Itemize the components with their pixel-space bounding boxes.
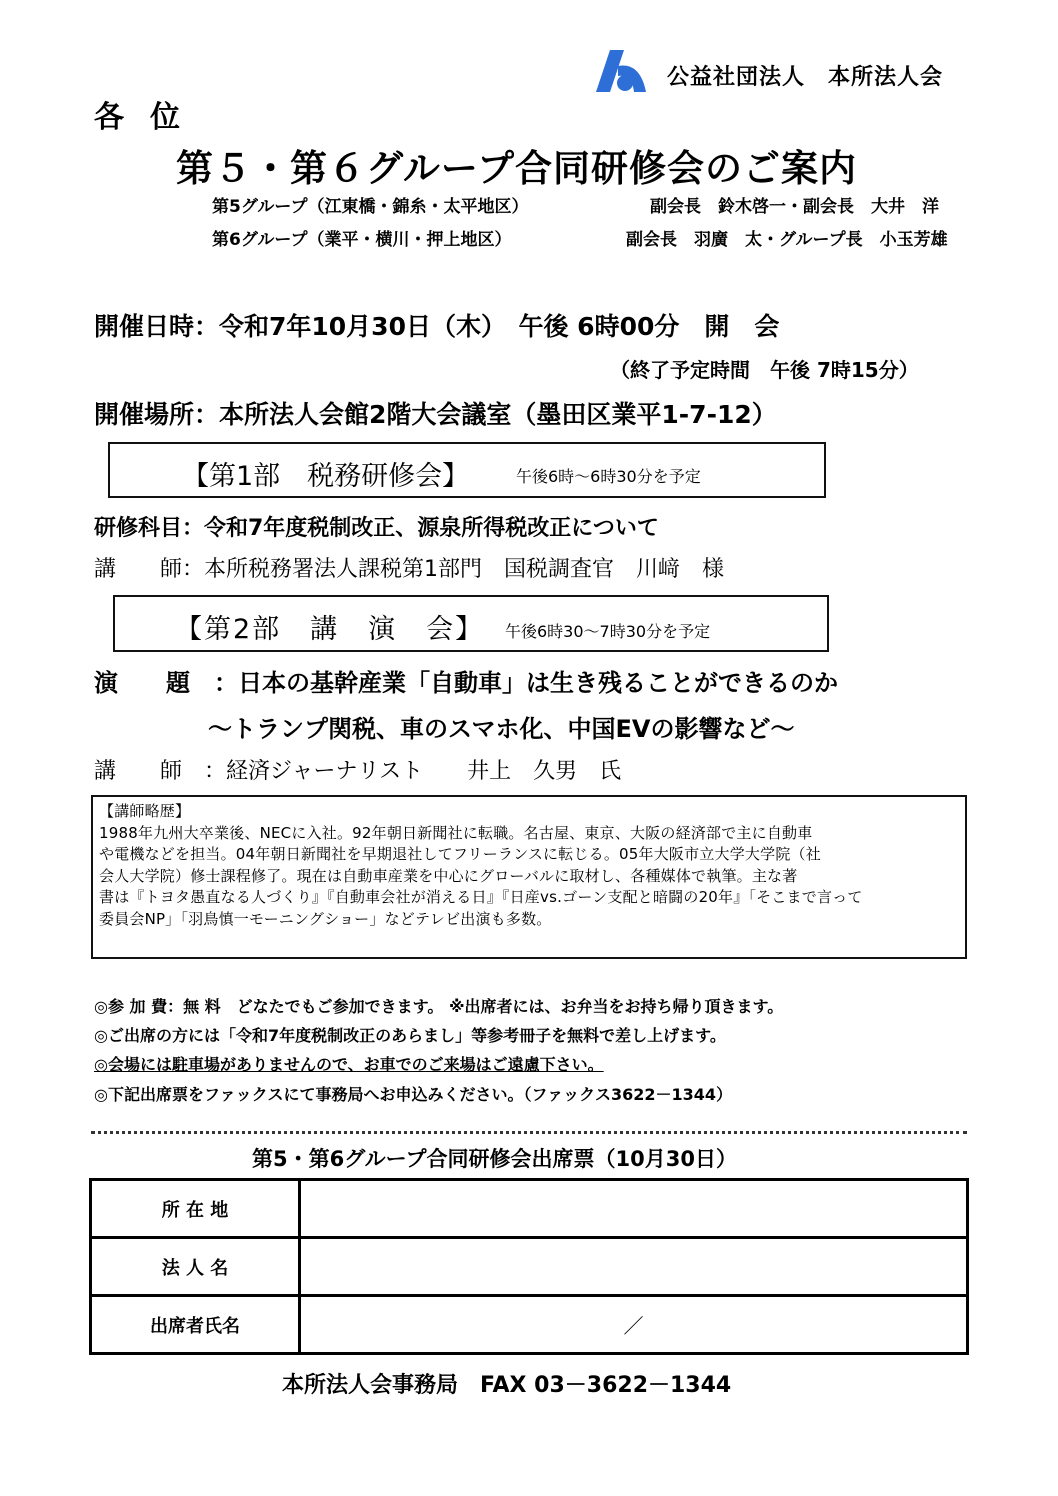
association-logo-icon (596, 50, 648, 92)
bio-line: 1988年九州大卒業後、NECに入社。92年朝日新聞社に転職。名古屋、東京、大阪… (99, 823, 959, 845)
bio-line: 会人大学院）修士課程修了。現在は自動車産業を中心にグローバルに取材し、各種媒体で… (99, 866, 959, 888)
office-fax-contact: 本所法人会事務局 FAX 03－3622－1344 (282, 1368, 731, 1399)
table-row: 出席者氏名 ／ (91, 1296, 968, 1354)
attendee-name-field[interactable]: ／ (300, 1296, 968, 1354)
part2-header-box: 【第2部 講 演 会】 午後6時30～7時30分を予定 (113, 595, 829, 652)
note-parking: ◎会場には駐車場がありませんので、お車でのご来場はご遠慮下さい。 (94, 1052, 604, 1075)
event-venue: 開催場所：本所法人会館2階大会議室（墨田区業平1-7-12） (94, 395, 777, 431)
cut-line-divider (91, 1131, 967, 1134)
bio-line: 委員会NP」「羽鳥慎一モーニングショー」などテレビ出演も多数。 (99, 909, 959, 931)
bio-heading: 【講師略歴】 (99, 801, 959, 823)
attendance-form-table: 所 在 地 法 人 名 出席者氏名 ／ (89, 1178, 969, 1355)
part1-header-box: 【第1部 税務研修会】 午後6時～6時30分を予定 (108, 442, 826, 498)
part1-time: 午後6時～6時30分を予定 (516, 464, 701, 487)
group5-leaders: 副会長 鈴木啓一・副会長 大井 洋 (650, 192, 939, 217)
part2-theme: 演 題 ：日本の基幹産業「自動車」は生き残ることができるのか (94, 663, 838, 698)
address-field[interactable] (300, 1180, 968, 1238)
organization-name: 公益社団法人 本所法人会 (667, 60, 943, 91)
part2-time: 午後6時30～7時30分を予定 (505, 619, 710, 642)
addressee: 各位 (94, 92, 206, 136)
company-name-label: 法 人 名 (91, 1238, 300, 1296)
attendee-name-label: 出席者氏名 (91, 1296, 300, 1354)
attendance-form-title: 第5・第6グループ合同研修会出席票（10月30日） (252, 1143, 737, 1173)
event-end-time: （終了予定時間 午後 7時15分） (610, 354, 919, 383)
group5-name: 第5グループ（江東橋・錦糸・太平地区） (212, 192, 528, 217)
address-label: 所 在 地 (91, 1180, 300, 1238)
note-booklet: ◎ご出席の方には「令和7年度税制改正のあらまし」等参考冊子を無料で差し上げます。 (94, 1023, 726, 1046)
group6-leaders: 副会長 羽廣 太・グループ長 小玉芳雄 (626, 225, 948, 250)
part1-lecturer: 講 師：本所税務署法人課税第1部門 国税調査官 川﨑 様 (94, 552, 724, 583)
part2-theme-subtitle: ～トランプ関税、車のスマホ化、中国EVの影響など～ (208, 709, 795, 744)
table-row: 法 人 名 (91, 1238, 968, 1296)
part1-subject: 研修科目：令和7年度税制改正、源泉所得税改正について (94, 511, 659, 542)
event-date: 開催日時：令和7年10月30日（木） 午後 6時00分 開 会 (94, 307, 779, 343)
lecturer-bio-box: 【講師略歴】 1988年九州大卒業後、NECに入社。92年朝日新聞社に転職。名古… (91, 795, 967, 959)
group6-name: 第6グループ（業平・横川・押上地区） (212, 225, 511, 250)
note-fee: ◎参 加 費：無 料 どなたでもご参加できます。 ※出席者には、お弁当をお持ち帰… (94, 994, 783, 1017)
part1-title: 【第1部 税務研修会】 (182, 454, 469, 493)
bio-line: や電機などを担当。04年朝日新聞社を早期退社してフリーランスに転じる。05年大阪… (99, 844, 959, 866)
page-title: 第５・第６グループ合同研修会のご案内 (176, 138, 857, 192)
note-fax-application: ◎下記出席票をファックスにて事務局へお申込みください。（ファックス3622－13… (94, 1082, 732, 1105)
company-name-field[interactable] (300, 1238, 968, 1296)
part2-lecturer: 講 師 ：経済ジャーナリスト 井上 久男 氏 (94, 754, 621, 785)
table-row: 所 在 地 (91, 1180, 968, 1238)
part2-title: 【第2部 講 演 会】 (175, 607, 484, 646)
bio-line: 書は『トヨタ愚直なる人づくり』『自動車会社が消える日』『日産vs.ゴーン支配と暗… (99, 887, 959, 909)
